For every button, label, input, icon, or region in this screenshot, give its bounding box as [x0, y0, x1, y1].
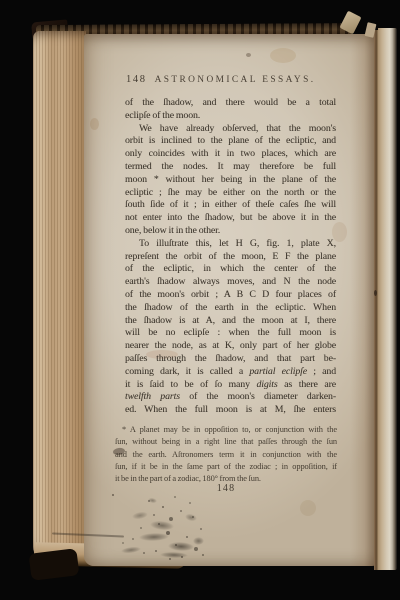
paper-stain — [374, 290, 377, 296]
text-line: nearer the node, as at K, only part of h… — [125, 340, 336, 353]
facing-page-sliver — [378, 28, 397, 570]
text-line: it is ſaid to be of ſo many digits as th… — [125, 379, 336, 392]
text-line: twelfth parts of the moon's diameter dar… — [125, 391, 336, 404]
left-page-stack-edge — [33, 31, 86, 559]
paper-stain — [246, 53, 251, 57]
text-line: not enter into the ſhadow, but be above … — [125, 212, 336, 225]
text-line: only coincides with it in two places, wh… — [125, 148, 336, 161]
paper-stain — [300, 500, 316, 516]
text-line: moon * without her being in the plane of… — [125, 174, 336, 187]
text-line: the ſhadow of the earth in the ecliptic.… — [125, 302, 336, 315]
page-number-bottom: 148 — [115, 483, 337, 494]
running-title: ASTRONOMICAL ESSAYS. — [129, 75, 341, 85]
text-line: ed. When the full moon is at M, ſhe ente… — [125, 404, 336, 417]
text-line: earth's ſhadow always moves, and N the n… — [125, 276, 336, 289]
text-line: ſouth ſide of it ; in either of theſe ca… — [125, 199, 336, 212]
body-text: of the ſhadow, and there would be a tota… — [125, 97, 336, 417]
text-line: termed the nodes. It may therefore be fu… — [125, 161, 336, 174]
gutter-shadow — [350, 34, 376, 566]
book-photo-scene: 148 ASTRONOMICAL ESSAYS. of the ſhadow, … — [0, 0, 400, 600]
text-line: and the earth. Aſtronomers term it in co… — [115, 449, 337, 461]
text-line: of the moon's orbit ; A B C D four place… — [125, 289, 336, 302]
text-line: will be no eclipſe : when the full moon … — [125, 327, 336, 340]
bottom-binding-corner — [29, 548, 80, 581]
text-line: We have already obſerved, that the moon'… — [125, 123, 336, 136]
text-line: one, below it in the other. — [125, 225, 336, 238]
text-line: ecliptic ; ſhe may be either on the nort… — [125, 187, 336, 200]
footnote: * A planet may be in oppoſition to, or c… — [115, 424, 337, 485]
text-line: ſun, without being in a right line that … — [115, 436, 337, 448]
text-line: orbit is inclined to the plane of the ec… — [125, 135, 336, 148]
text-line: To illuſtrate this, let H G, fig. 1, pla… — [125, 238, 336, 251]
text-line: the ſhadow is at A, and the moon at I, t… — [125, 315, 336, 328]
text-line: of the ecliptic, in which the center of … — [125, 263, 336, 276]
paper-stain — [90, 118, 99, 130]
text-line: ſun, if it be in the ſame part of the zo… — [115, 461, 337, 473]
text-line: eclipſe of the moon. — [125, 110, 336, 123]
paper-stain — [270, 48, 296, 63]
text-line: coming dark, it is called a partial ecli… — [125, 366, 336, 379]
ink-speckles — [112, 494, 114, 496]
text-line: paſſes through the ſhadow, and that part… — [125, 353, 336, 366]
text-line: of the ſhadow, and there would be a tota… — [125, 97, 336, 110]
text-line: repreſent the orbit of the moon, E F the… — [125, 251, 336, 264]
text-line: * A planet may be in oppoſition to, or c… — [115, 424, 337, 436]
